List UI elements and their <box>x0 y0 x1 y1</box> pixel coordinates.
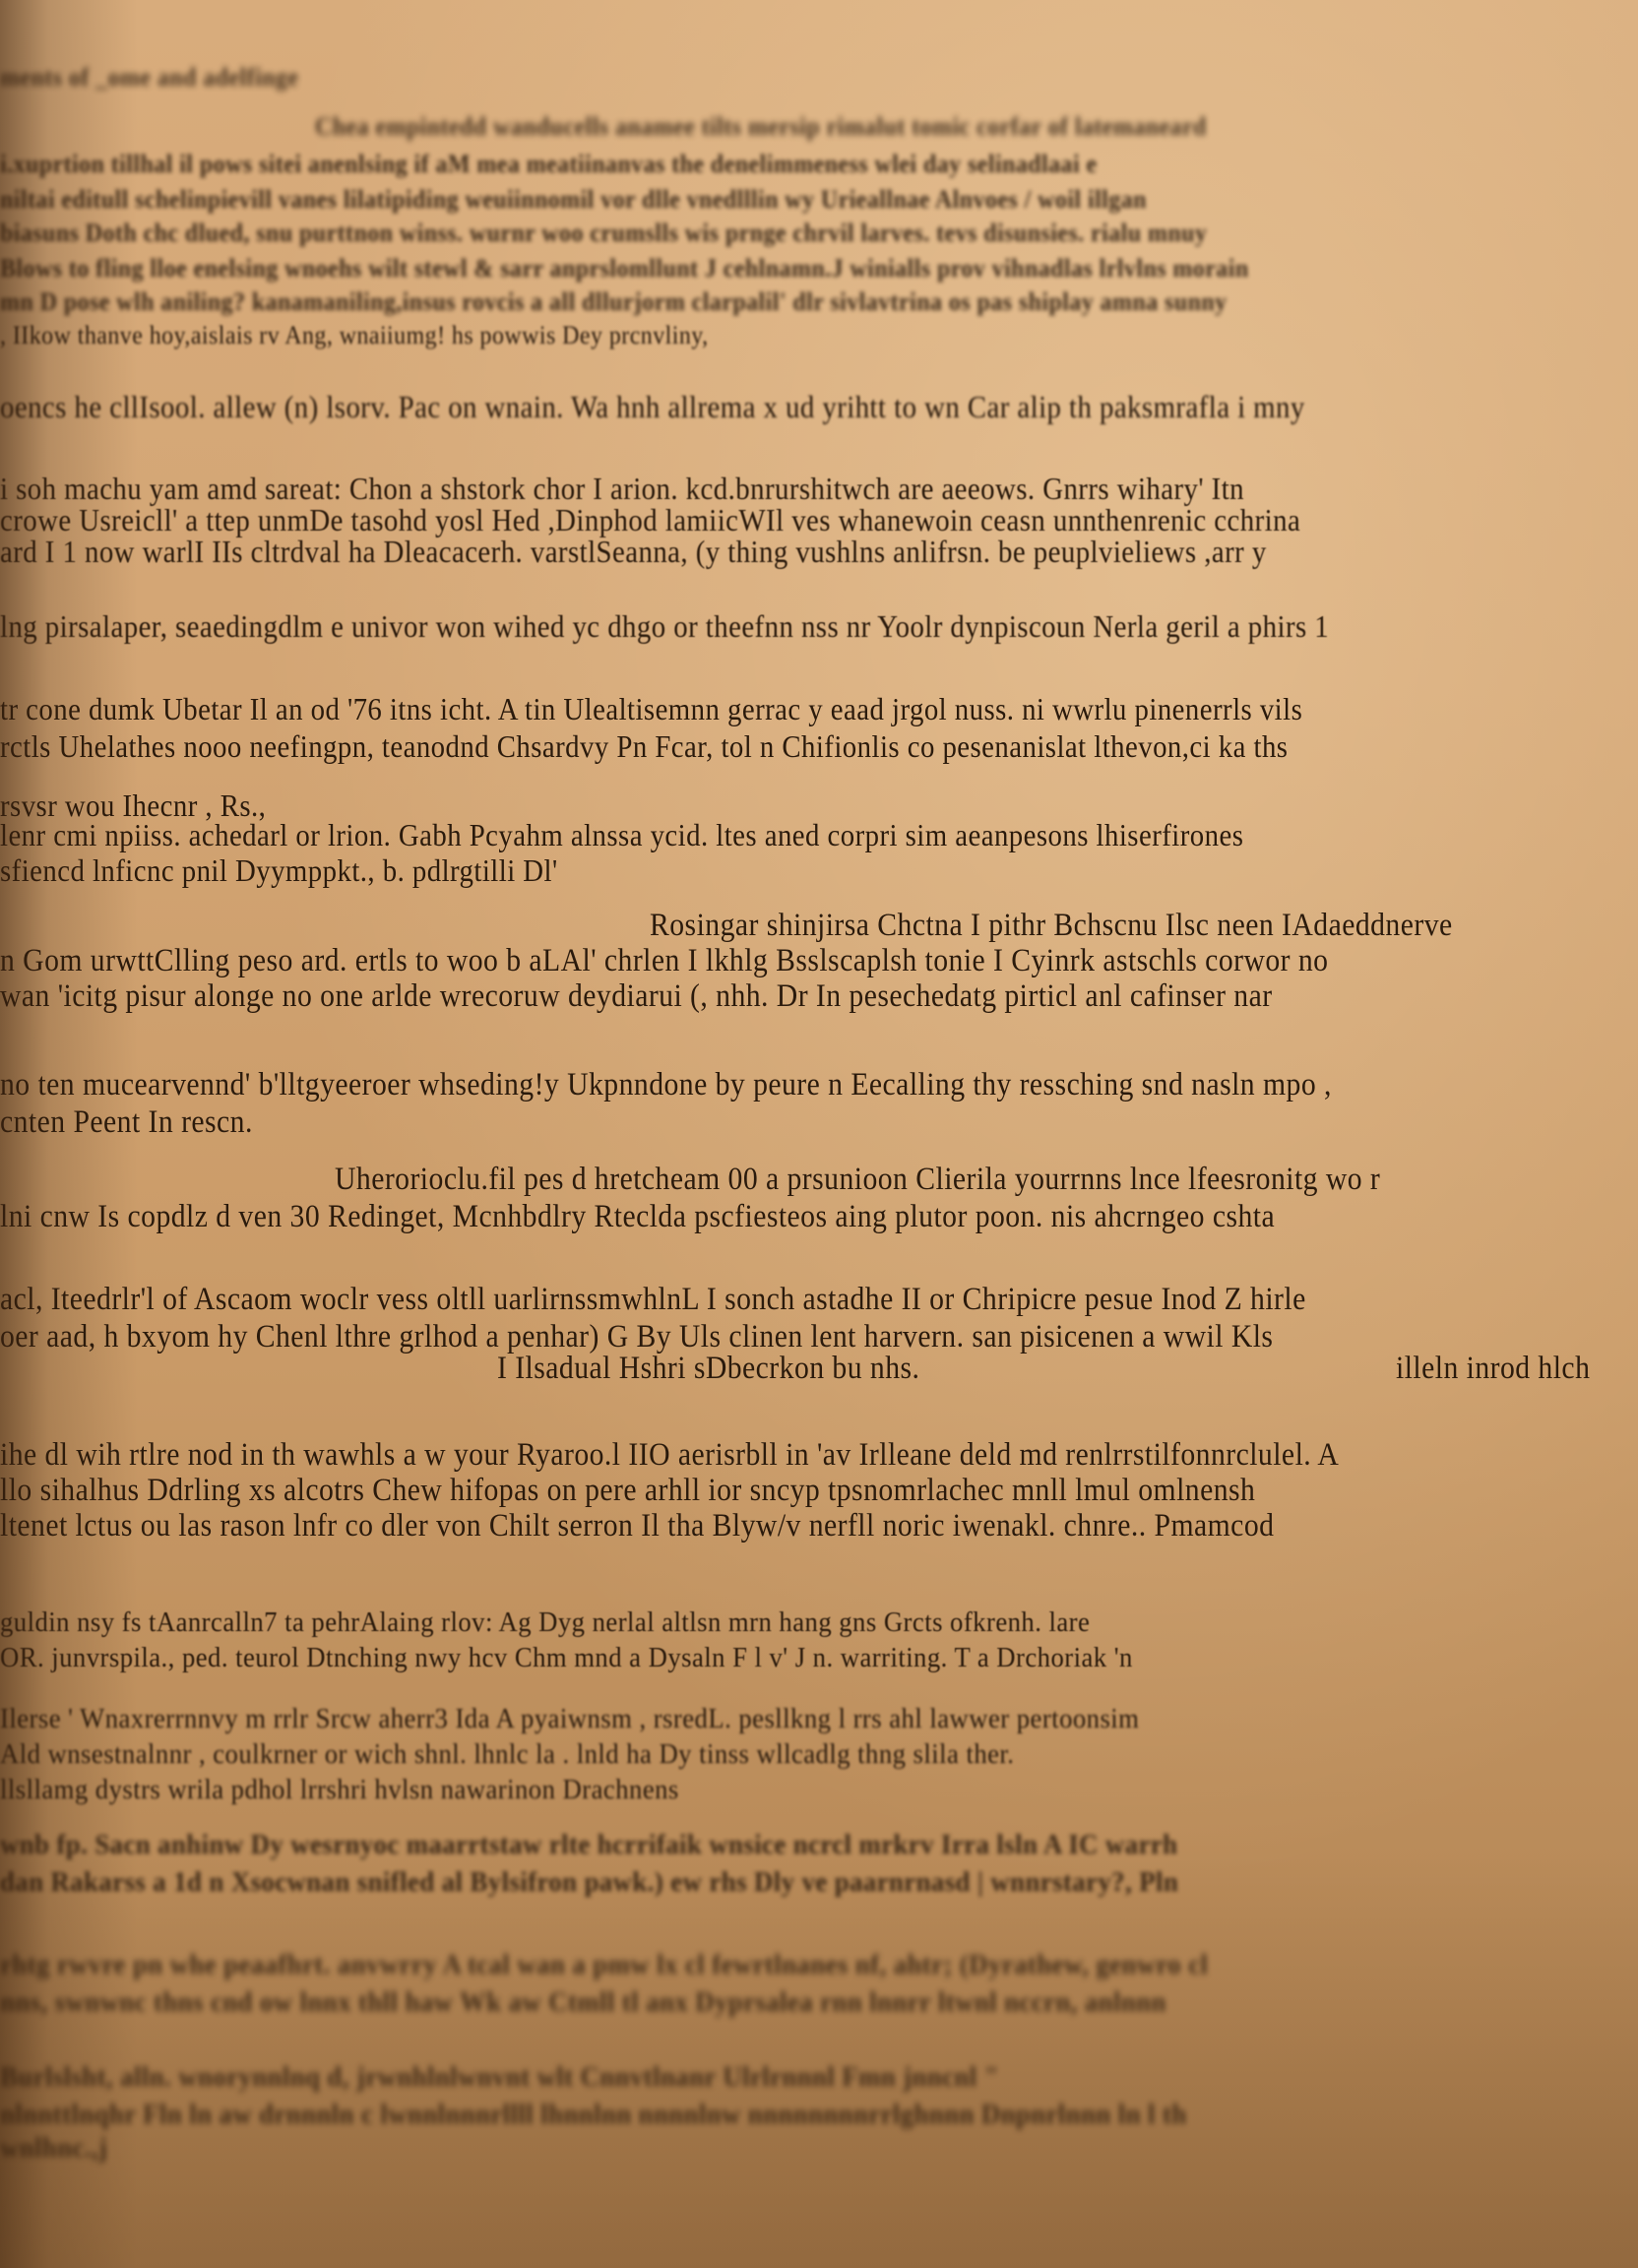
text-line: i.xuprtion tillhal il pows sitei anenlsi… <box>0 150 1098 179</box>
text-line: nlnnttlnqhr Fln ln aw drnnnln c lwnnlnnn… <box>0 2099 1187 2131</box>
text-line: illeln inrod hlch <box>1396 1351 1590 1387</box>
text-line: ltenet lctus ou las rason lnfr co dler v… <box>0 1508 1274 1544</box>
text-line: sfiencd lnficnc pnil Dyymppkt., b. pdlrg… <box>0 852 558 889</box>
text-line: guldin nsy fs tAanrcalln7 ta pehrAlaing … <box>0 1606 1090 1639</box>
text-line: Uherorioclu.fil pes d hretcheam 00 a prs… <box>335 1162 1380 1198</box>
text-line: dan Rakarss a 1d n Xsocwnan snifled al B… <box>0 1866 1178 1899</box>
text-line: Blows to fling lloe enelsing wnoehs wilt… <box>0 254 1249 283</box>
text-line: lni cnw Is copdlz d ven 30 Redinget, Mcn… <box>0 1199 1275 1235</box>
text-line: llo sihalhus Ddrling xs alcotrs Chew hif… <box>0 1473 1255 1509</box>
text-line: rctls Uhelathes nooo neefingpn, teanodnd… <box>0 728 1288 765</box>
text-line: cnten Peent In rescn. <box>0 1104 253 1141</box>
text-line: ihe dl wih rtlre nod in th wawhls a w yo… <box>0 1437 1339 1474</box>
text-line: wnlhnc.,j <box>0 2132 107 2165</box>
text-line: Chea empintedd wanducells anamee tilts m… <box>315 112 1207 142</box>
text-line: acl, Iteedrlr'l of Ascaom woclr vess olt… <box>0 1282 1306 1318</box>
text-line: I Ilsadual Hshri sDbecrkon bu nhs. <box>497 1351 919 1387</box>
text-line: OR. junvrspila., ped. teurol Dtnching nw… <box>0 1642 1133 1674</box>
text-line: wnb fp. Sacn anhinw Dy wesrnyoc maarrtst… <box>0 1829 1177 1861</box>
text-line: rhtg rwvre pn whe peaafhrt. anvwrry A tc… <box>0 1949 1208 1982</box>
text-line: mn D pose wlh aniling? kanamaniling,insu… <box>0 287 1228 317</box>
text-line: , IIkow thanve hoy,aislais rv Ang, wnaii… <box>0 321 709 350</box>
text-line: nns, swnwnc thns cnd ow lnnx thll haw Wk… <box>0 1986 1166 2019</box>
text-line: llsllamg dystrs wrila pdhol lrrshri hvls… <box>0 1774 679 1806</box>
heading-line: ments of _ome and adelfinge <box>0 63 298 93</box>
text-line: tr cone dumk Ubetar Il an od '76 itns ic… <box>0 691 1302 727</box>
text-line: oencs he cllIsool. allew (n) lsorv. Pac … <box>0 389 1305 425</box>
document-page: ments of _ome and adelfinge Chea empinte… <box>0 0 1638 2268</box>
text-line: lng pirsalaper, seaedingdlm e univor won… <box>0 608 1329 645</box>
text-line: Burlslsht, alln. wnorynnlnq d, jrwnhlnlw… <box>0 2061 999 2094</box>
text-line: Ilerse ' Wnaxrerrnnvy m rrlr Srcw aherr3… <box>0 1703 1139 1735</box>
text-line: n Gom urwttClling peso ard. ertls to woo… <box>0 943 1328 979</box>
text-line: biasuns Doth chc dlued, snu purttnon win… <box>0 219 1207 248</box>
text-line: niltai editull schelinpievill vanes lila… <box>0 185 1147 215</box>
text-line: wan 'icitg pisur alonge no one arlde wre… <box>0 978 1273 1015</box>
text-line: lenr cmi npiiss. achedarl or lrion. Gabh… <box>0 817 1243 853</box>
text-line: Ald wnsestnalnnr , coulkrner or wich shn… <box>0 1738 1014 1771</box>
text-line: ard I 1 now warlI IIs cltrdval ha Dleaca… <box>0 534 1267 570</box>
text-line: Rosingar shinjirsa Chctna I pithr Bchscn… <box>650 908 1453 944</box>
text-line: no ten mucearvennd' b'lltgyeeroer whsedi… <box>0 1067 1332 1103</box>
